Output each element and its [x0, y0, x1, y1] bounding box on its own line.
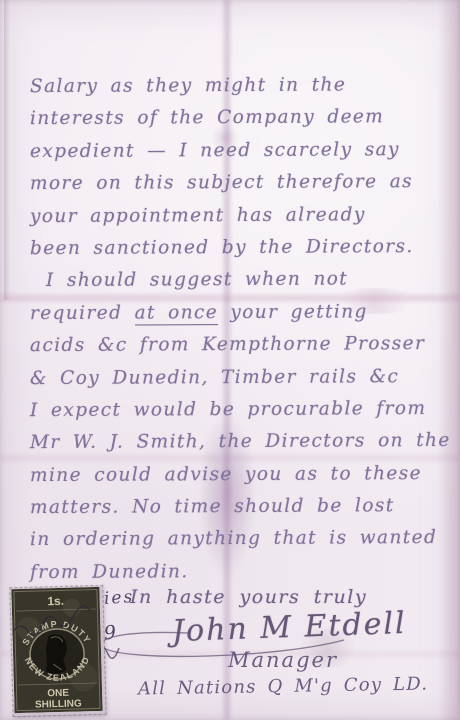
- revenue-stamp-art: 1s. STAMP DUTY NEW ZEALAND ONE SHILLING: [11, 587, 102, 713]
- letter-line: Salary as they might in the: [30, 69, 444, 104]
- stamp-denomination: 1s.: [47, 594, 64, 608]
- queen-victoria-portrait: [45, 634, 68, 674]
- letter-line: & Coy Dunedin, Timber rails &c: [30, 360, 444, 395]
- page-edge-shadow: [4, 0, 10, 300]
- valediction: In haste yours truly: [130, 586, 367, 608]
- company-name: All Nations Q M'g Coy LD.: [138, 673, 428, 699]
- letter-line: mine could advise you as to these: [30, 458, 444, 493]
- letter-line: I expect would be procurable from: [30, 393, 444, 428]
- letter-line: I should suggest when not: [30, 263, 444, 298]
- letter-line: acids &c from Kempthorne Prosser: [30, 328, 444, 363]
- letter-line: Mr W. J. Smith, the Directors on the: [30, 425, 444, 460]
- letter-line: in ordering anything that is wanted: [30, 522, 444, 557]
- letter-line: been sanctioned by the Directors.: [30, 231, 444, 266]
- letter-line: matters. No time should be lost: [30, 490, 444, 525]
- letter-body: Salary as they might in the interests of…: [30, 70, 444, 588]
- letter-line: more on this subject therefore as: [30, 166, 444, 201]
- underlined-phrase: at once: [135, 302, 219, 325]
- letter-line: expedient — I need scarcely say: [30, 134, 444, 169]
- signature: John M Etdell: [171, 606, 407, 649]
- letter-line: required at once your getting: [30, 296, 444, 331]
- letter-line: from Dunedin.: [30, 555, 444, 590]
- manuscript-cancel-mark: 9: [103, 621, 117, 644]
- stamp-value-word2: SHILLING: [35, 698, 82, 710]
- manuscript-cancel-text: ies: [103, 587, 135, 609]
- stamp-value-word1: ONE: [47, 688, 69, 700]
- revenue-stamp: 1s. STAMP DUTY NEW ZEALAND ONE SHILLING: [10, 586, 105, 716]
- letter-line-segment: your getting: [218, 301, 368, 323]
- letter-line: interests of the Company deem: [30, 101, 444, 136]
- letter-line: your appointment has already: [30, 198, 444, 233]
- letter-page: Salary as they might in the interests of…: [0, 0, 460, 720]
- letter-line-segment: required: [30, 302, 135, 324]
